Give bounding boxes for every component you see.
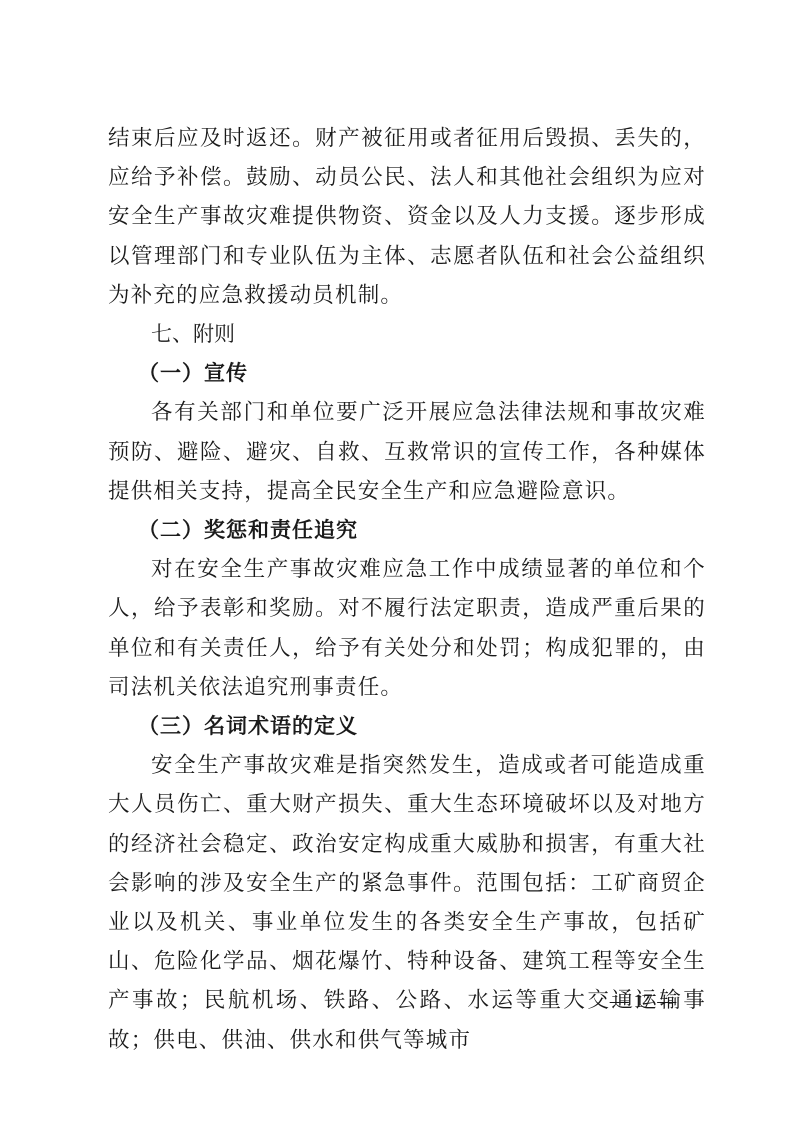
paragraph-publicity: 各有关部门和单位要广泛开展应急法律法规和事故灾难预防、避险、避灾、自救、互救常识… (108, 393, 706, 511)
page-number: — 17 — (608, 991, 678, 1013)
subsection-heading-rewards-penalties: （二）奖惩和责任追究 (108, 511, 706, 550)
document-page: 结束后应及时返还。财产被征用或者征用后毁损、丢失的，应给予补偿。鼓励、动员公民、… (108, 119, 706, 1060)
paragraph-rewards-penalties: 对在安全生产事故灾难应急工作中成绩显著的单位和个人，给予表彰和奖励。对不履行法定… (108, 550, 706, 707)
paragraph-mobilization: 结束后应及时返还。财产被征用或者征用后毁损、丢失的，应给予补偿。鼓励、动员公民、… (108, 119, 706, 315)
section-heading-appendix: 七、附则 (108, 315, 706, 354)
subsection-heading-publicity: （一）宣传 (108, 354, 706, 393)
subsection-heading-definitions: （三）名词术语的定义 (108, 707, 706, 746)
